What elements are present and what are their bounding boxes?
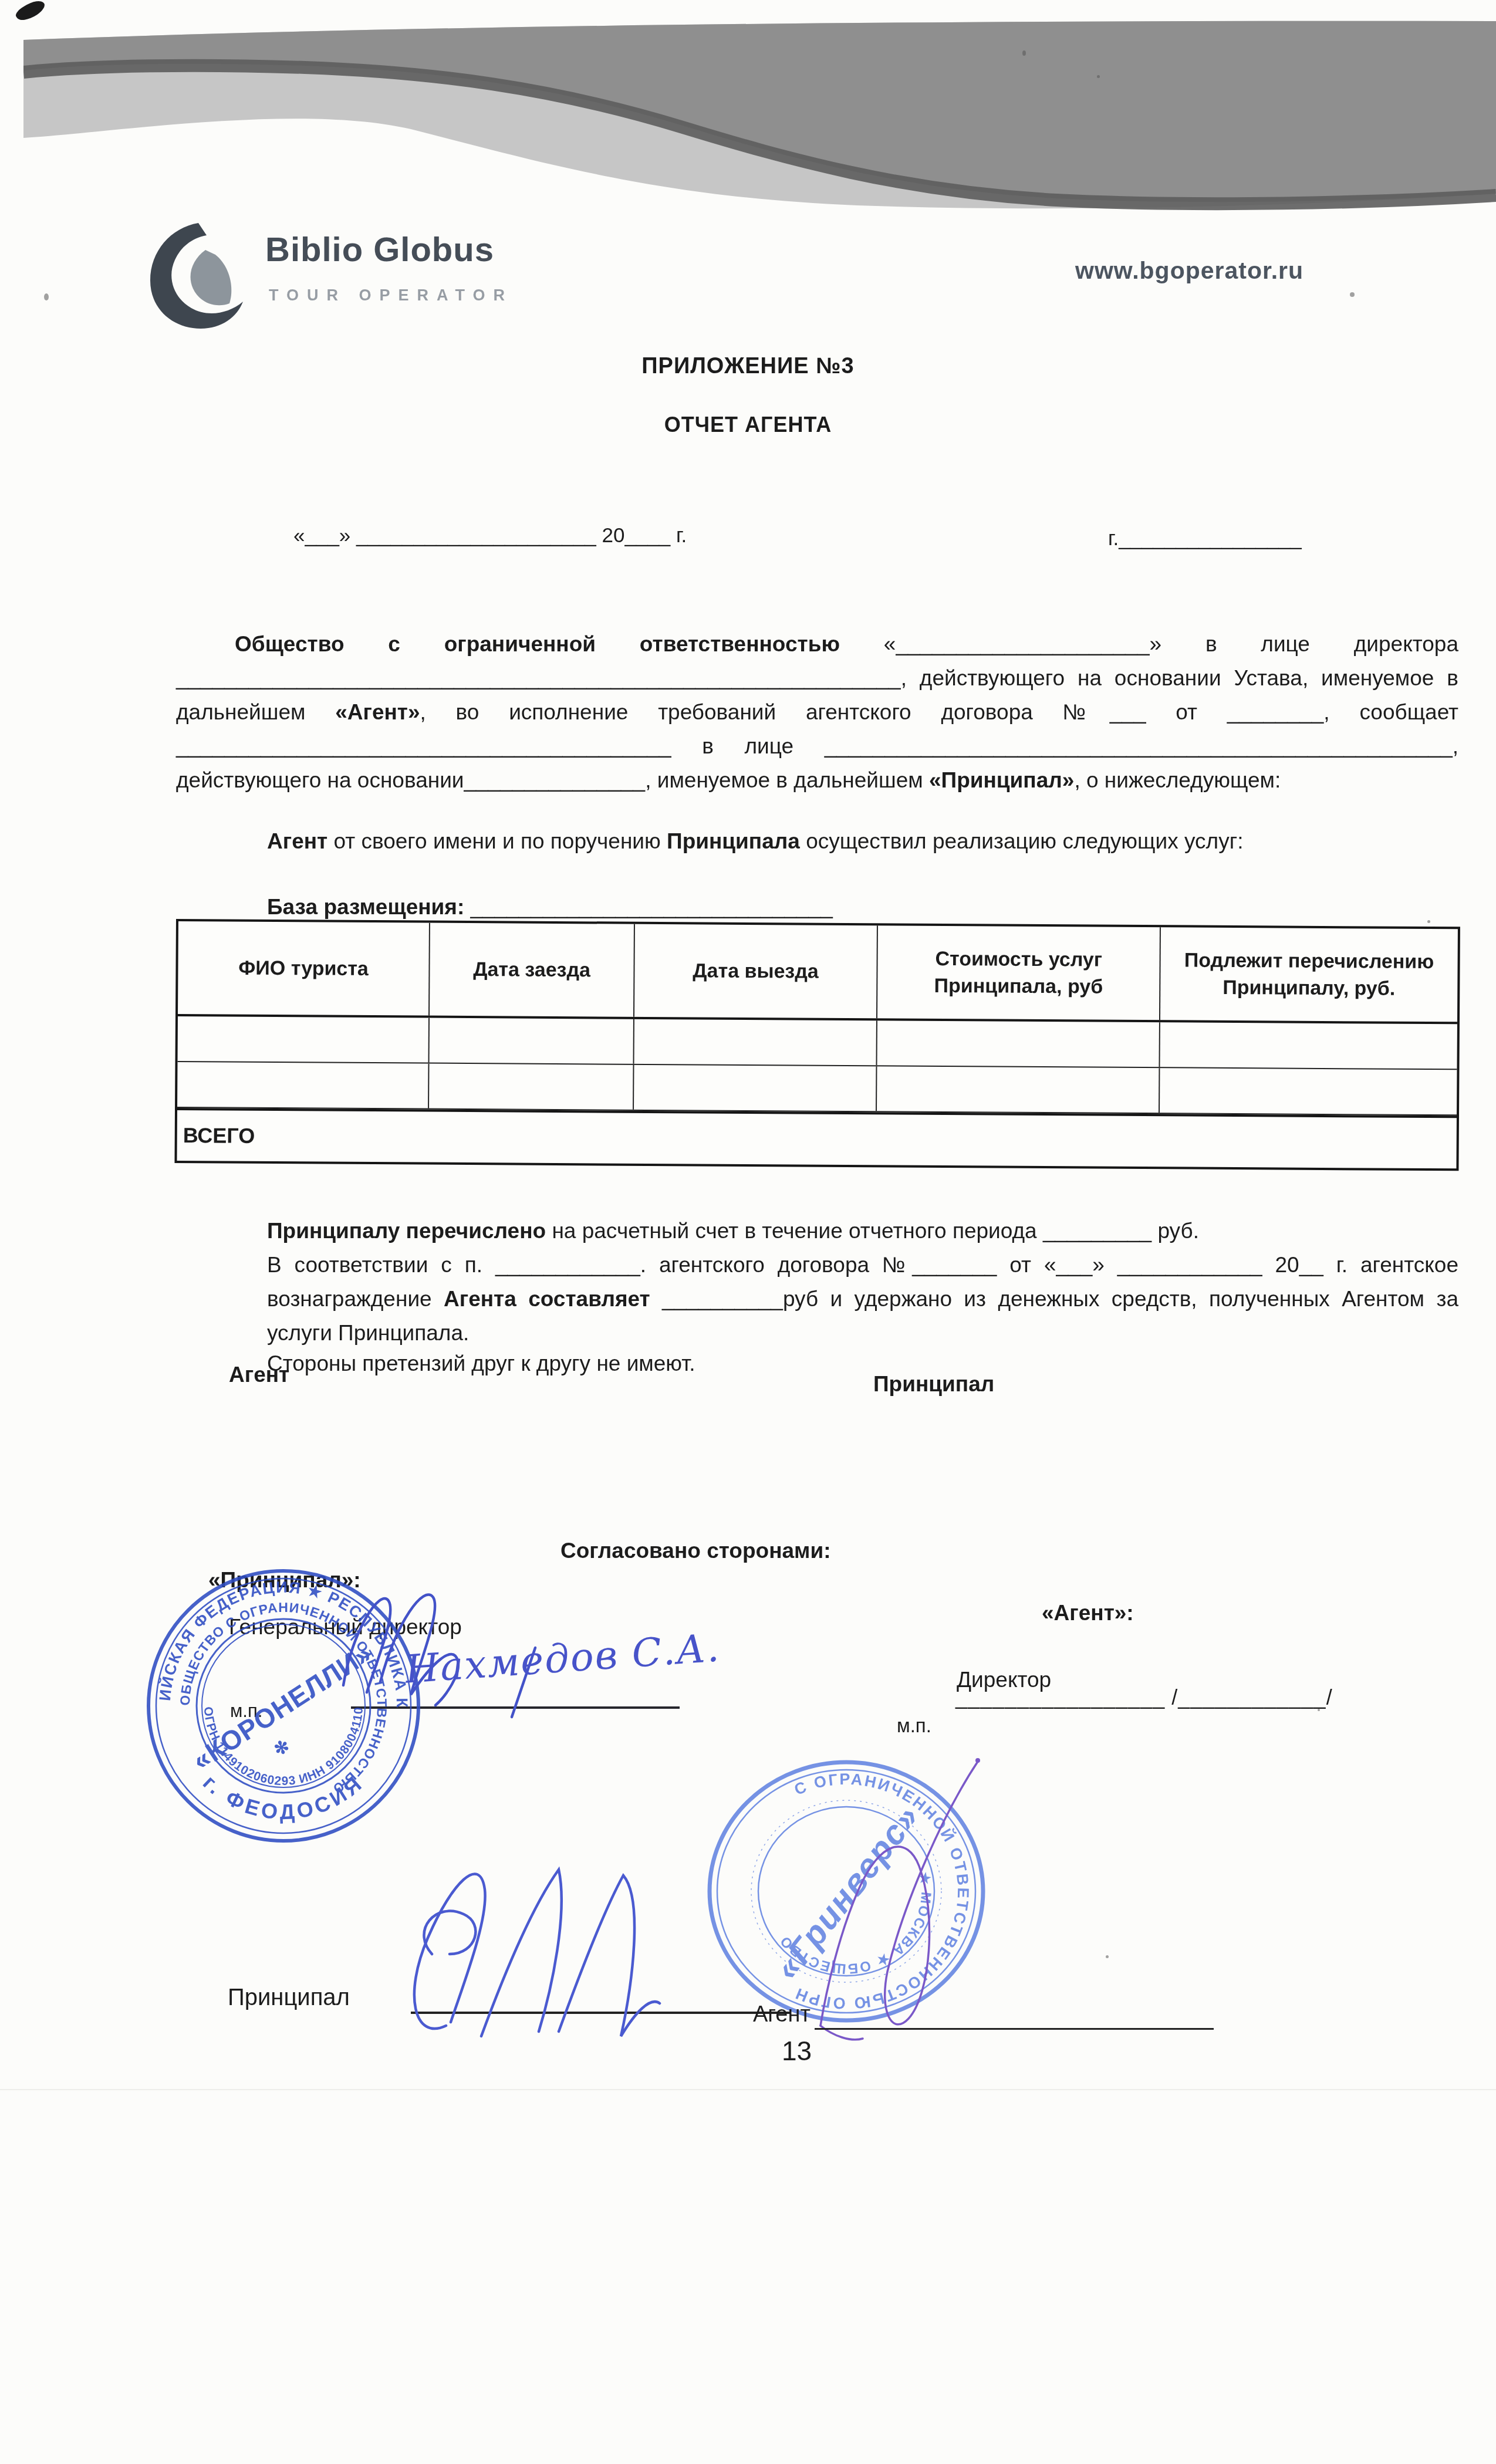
empty-cell	[1159, 1068, 1457, 1114]
settlement-l1-bold: Принципалу перечислено	[267, 1219, 546, 1243]
appendix-title: ПРИЛОЖЕНИЕ №3	[0, 354, 1496, 379]
website-url: www.bgoperator.ru	[1075, 257, 1303, 285]
stamp-left-ornament: ✻	[272, 1737, 292, 1760]
table-header-row: ФИО туриста Дата заезда Дата выезда Стои…	[178, 921, 1458, 1024]
intro-principal-bold: «Принципал»	[929, 768, 1074, 792]
city-blank-right: г.________________	[1108, 527, 1302, 550]
empty-cell	[1159, 1022, 1457, 1069]
scanned-agent-report-page: Biblio Globus TOUR OPERATOR www.bgoperat…	[0, 0, 1496, 2464]
seal-place-right: м.п.	[897, 1715, 931, 1737]
scan-speck	[1427, 920, 1430, 923]
scan-speck	[1106, 1955, 1109, 1958]
settlement-line-1: Принципалу перечислено на расчетный счет…	[267, 1214, 1458, 1248]
services-agent-bold: Агент	[267, 829, 327, 853]
scan-speck	[1318, 1709, 1320, 1711]
header-wave-banner	[23, 16, 1496, 219]
base-blank: ______________________________	[464, 895, 833, 919]
date-blank-left: «___» _____________________ 20____ г.	[293, 524, 687, 547]
agent-signature-line: _________________ /____________/	[955, 1685, 1333, 1710]
agent-label: Агент	[229, 1363, 289, 1387]
services-mid: от своего имени и по поручению	[327, 829, 667, 853]
col-header-checkout-date: Дата выезда	[633, 924, 877, 1019]
tourists-table: ФИО туриста Дата заезда Дата выезда Стои…	[174, 919, 1460, 1171]
logo-subtitle: TOUR OPERATOR	[269, 286, 513, 305]
col-header-service-cost: Стоимость услуг Принципала, руб	[876, 925, 1160, 1020]
empty-cell	[876, 1020, 1159, 1067]
empty-cell	[633, 1065, 876, 1111]
stamp-agent: С ОГРАНИЧЕННОЙ ОТВЕТСТВЕННОСТЬЮ ОГРН ★ М…	[707, 1757, 989, 2030]
empty-cell	[178, 1016, 429, 1063]
base-line: База размещения: _______________________…	[267, 895, 833, 920]
services-sentence: Агент от своего имени и по поручению При…	[267, 829, 1458, 854]
col-header-transfer-due: Подлежит перечислению Принципалу, руб.	[1159, 927, 1458, 1022]
intro-principal-rest: , о нижеследующем:	[1074, 768, 1281, 792]
settlement-l2-bold: Агента составляет	[444, 1287, 650, 1311]
col-header-tourist-name: ФИО туриста	[178, 921, 429, 1016]
empty-cell	[633, 1019, 877, 1066]
agreed-by-parties-label: Согласовано сторонами:	[560, 1539, 831, 1563]
base-label: База размещения:	[267, 895, 464, 919]
intro-lead-bold: Общество с ограниченной ответственностью	[235, 632, 840, 656]
paper-crease	[0, 2089, 1496, 2090]
stamp-principal: ★ РОССИЙСКАЯ ФЕДЕРАЦИЯ ★ РЕСПУБЛИКА КРЫМ…	[143, 1562, 424, 1850]
bottom-principal-label: Принципал	[228, 1985, 350, 2011]
biblio-globus-logo-icon	[140, 216, 257, 330]
scan-speck	[44, 293, 49, 300]
services-tail: осуществил реализацию следующих услуг:	[800, 829, 1244, 853]
logo-title: Biblio Globus	[265, 230, 494, 269]
services-principal-bold: Принципала	[667, 829, 800, 853]
svg-text:С ОГРАНИЧЕННОЙ ОТВЕТСТВЕННОСТЬ: С ОГРАНИЧЕННОЙ ОТВЕТСТВЕННОСТЬЮ ОГРН	[792, 1770, 972, 2012]
intro-agent-bold: «Агент»	[335, 700, 420, 724]
stamp-right-center-text: «Гринверс»	[768, 1797, 927, 1986]
bottom-agent-label: Агент	[753, 2002, 811, 2027]
empty-cell	[428, 1018, 633, 1064]
empty-cell	[177, 1062, 428, 1108]
settlement-line-2: В соответствии с п. ____________. агентс…	[267, 1248, 1458, 1350]
no-claims-line: Стороны претензий друг к другу не имеют.	[267, 1351, 695, 1376]
table-row	[177, 1062, 1457, 1116]
page-number: 13	[782, 2035, 812, 2067]
empty-cell	[428, 1064, 633, 1110]
table-total-row: ВСЕГО	[177, 1108, 1457, 1168]
scan-speck	[1350, 292, 1355, 297]
settlement-l1-rest: на расчетный счет в течение отчетного пе…	[546, 1219, 1199, 1243]
principal-label: Принципал	[873, 1372, 994, 1397]
bottom-agent-line	[815, 2028, 1214, 2030]
report-title: ОТЧЕТ АГЕНТА	[0, 413, 1496, 437]
agent-section-title: «Агент»:	[1042, 1601, 1134, 1625]
total-label: ВСЕГО	[177, 1110, 255, 1161]
table-row	[178, 1016, 1457, 1070]
scan-speck	[1022, 50, 1026, 56]
stamp-right-ring-outer-text: С ОГРАНИЧЕННОЙ ОТВЕТСТВЕННОСТЬЮ ОГРН	[792, 1770, 972, 2012]
empty-cell	[876, 1066, 1159, 1113]
scan-speck	[1097, 75, 1100, 78]
intro-paragraph: Общество с ограниченной ответственностью…	[176, 627, 1458, 797]
col-header-checkin-date: Дата заезда	[428, 923, 634, 1017]
